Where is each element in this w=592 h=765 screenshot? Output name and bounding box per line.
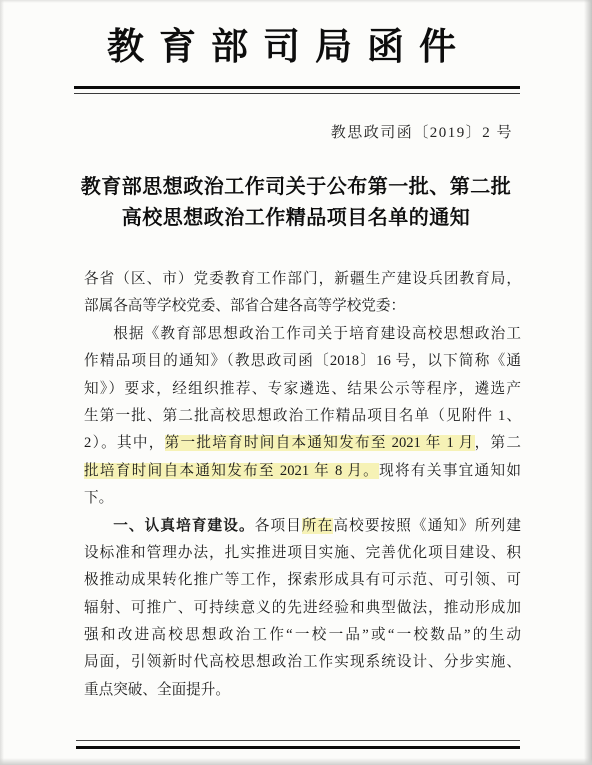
text-segment: 局面，引领新时代高校思想政治工作实现系统设计、分步实施、 xyxy=(84,654,521,670)
text-segment: 2）。其中， xyxy=(84,435,165,451)
text-segment: 设标准和管理办法，扎实推进项目实施、完善优化项目建设、积 xyxy=(84,545,521,561)
scan-edge-left xyxy=(0,0,4,765)
text-segment: 下。 xyxy=(84,490,113,506)
text-segment: 强和改进高校思想政治工作“一校一品”或“一校数品”的生动 xyxy=(84,627,521,643)
masthead-title: 教育部司局函件 xyxy=(0,16,585,70)
document-body: 各省（区、市）党委教育工作部门，新疆生产建设兵团教育局，部属各高等学校党委、部省… xyxy=(84,266,521,704)
text-segment: 各项目 xyxy=(255,518,302,534)
notice-title: 教育部思想政治工作司关于公布第一批、第二批 高校思想政治工作精品项目名单的通知 xyxy=(40,172,552,234)
scanned-document-page: 教育部司局函件 教思政司函〔2019〕2 号 教育部思想政治工作司关于公布第一批… xyxy=(0,0,592,765)
body-line: 部属各高等学校党委、部省合建各高等学校党委： xyxy=(84,293,521,320)
body-line: 批培育时间自本通知发布至 2021 年 8 月。现将有关事宜通知如 xyxy=(84,458,521,485)
notice-title-line2: 高校思想政治工作精品项目名单的通知 xyxy=(40,203,552,234)
text-segment: 知》）要求，经组织推荐、专家遴选、结果公示等程序，遴选产 xyxy=(84,381,521,397)
body-line: 强和改进高校思想政治工作“一校一品”或“一校数品”的生动 xyxy=(84,622,521,649)
text-segment: 各省（区、市）党委教育工作部门，新疆生产建设兵团教育局， xyxy=(84,271,521,287)
body-line: 重点突破、全面提升。 xyxy=(84,677,521,704)
text-segment: 极推动成果转化推广等工作，探索形成具有可示范、可引领、可 xyxy=(84,572,521,588)
scan-edge-top xyxy=(0,0,592,3)
text-segment: 根据《教育部思想政治工作司关于培育建设高校思想政治工 xyxy=(113,326,521,342)
body-line: 根据《教育部思想政治工作司关于培育建设高校思想政治工 xyxy=(84,321,521,348)
scan-edge-right xyxy=(584,0,592,765)
masthead-double-rule xyxy=(74,86,520,94)
footer-double-rule xyxy=(76,740,520,749)
text-segment: 高校要按照《通知》所列建 xyxy=(333,518,521,534)
body-line: 局面，引领新时代高校思想政治工作实现系统设计、分步实施、 xyxy=(84,649,521,676)
text-segment: 辐射、可推广、可持续意义的先进经验和典型做法，推动形成加 xyxy=(84,600,521,616)
body-line: 辐射、可推广、可持续意义的先进经验和典型做法，推动形成加 xyxy=(84,595,521,622)
text-segment: 重点突破、全面提升。 xyxy=(84,682,230,698)
bold-heading-text: 一、认真培育建设。 xyxy=(113,518,255,534)
text-segment: 作精品项目的通知》（教思政司函〔2018〕16 号，以下简称《通 xyxy=(84,353,521,369)
document-number: 教思政司函〔2019〕2 号 xyxy=(331,121,513,142)
body-line: 各省（区、市）党委教育工作部门，新疆生产建设兵团教育局， xyxy=(84,266,521,293)
text-segment: 部属各高等学校党委、部省合建各高等学校党委： xyxy=(84,298,405,314)
highlighted-text: 所在 xyxy=(302,518,333,534)
highlighted-text: 第一批培育时间自本通知发布至 2021 年 1 月 xyxy=(165,435,475,451)
body-line: 极推动成果转化推广等工作，探索形成具有可示范、可引领、可 xyxy=(84,567,521,594)
scan-edge-bottom xyxy=(0,758,592,765)
body-line: 作精品项目的通知》（教思政司函〔2018〕16 号，以下简称《通 xyxy=(84,348,521,375)
highlighted-text: 批培育时间自本通知发布至 2021 年 8 月。 xyxy=(84,463,379,479)
text-segment: 生第一批、第二批高校思想政治工作精品项目名单（见附件 1、 xyxy=(84,408,521,424)
body-line: 下。 xyxy=(84,485,521,512)
body-line: 设标准和管理办法，扎实推进项目实施、完善优化项目建设、积 xyxy=(84,540,521,567)
text-segment: 现将有关事宜通知如 xyxy=(379,463,521,479)
text-segment: ，第二 xyxy=(475,435,521,451)
body-line: 生第一批、第二批高校思想政治工作精品项目名单（见附件 1、 xyxy=(84,403,521,430)
body-line: 2）。其中，第一批培育时间自本通知发布至 2021 年 1 月，第二 xyxy=(84,430,521,457)
notice-title-line1: 教育部思想政治工作司关于公布第一批、第二批 xyxy=(40,172,552,203)
body-line: 一、认真培育建设。各项目所在高校要按照《通知》所列建 xyxy=(84,513,521,540)
body-line: 知》）要求，经组织推荐、专家遴选、结果公示等程序，遴选产 xyxy=(84,376,521,403)
